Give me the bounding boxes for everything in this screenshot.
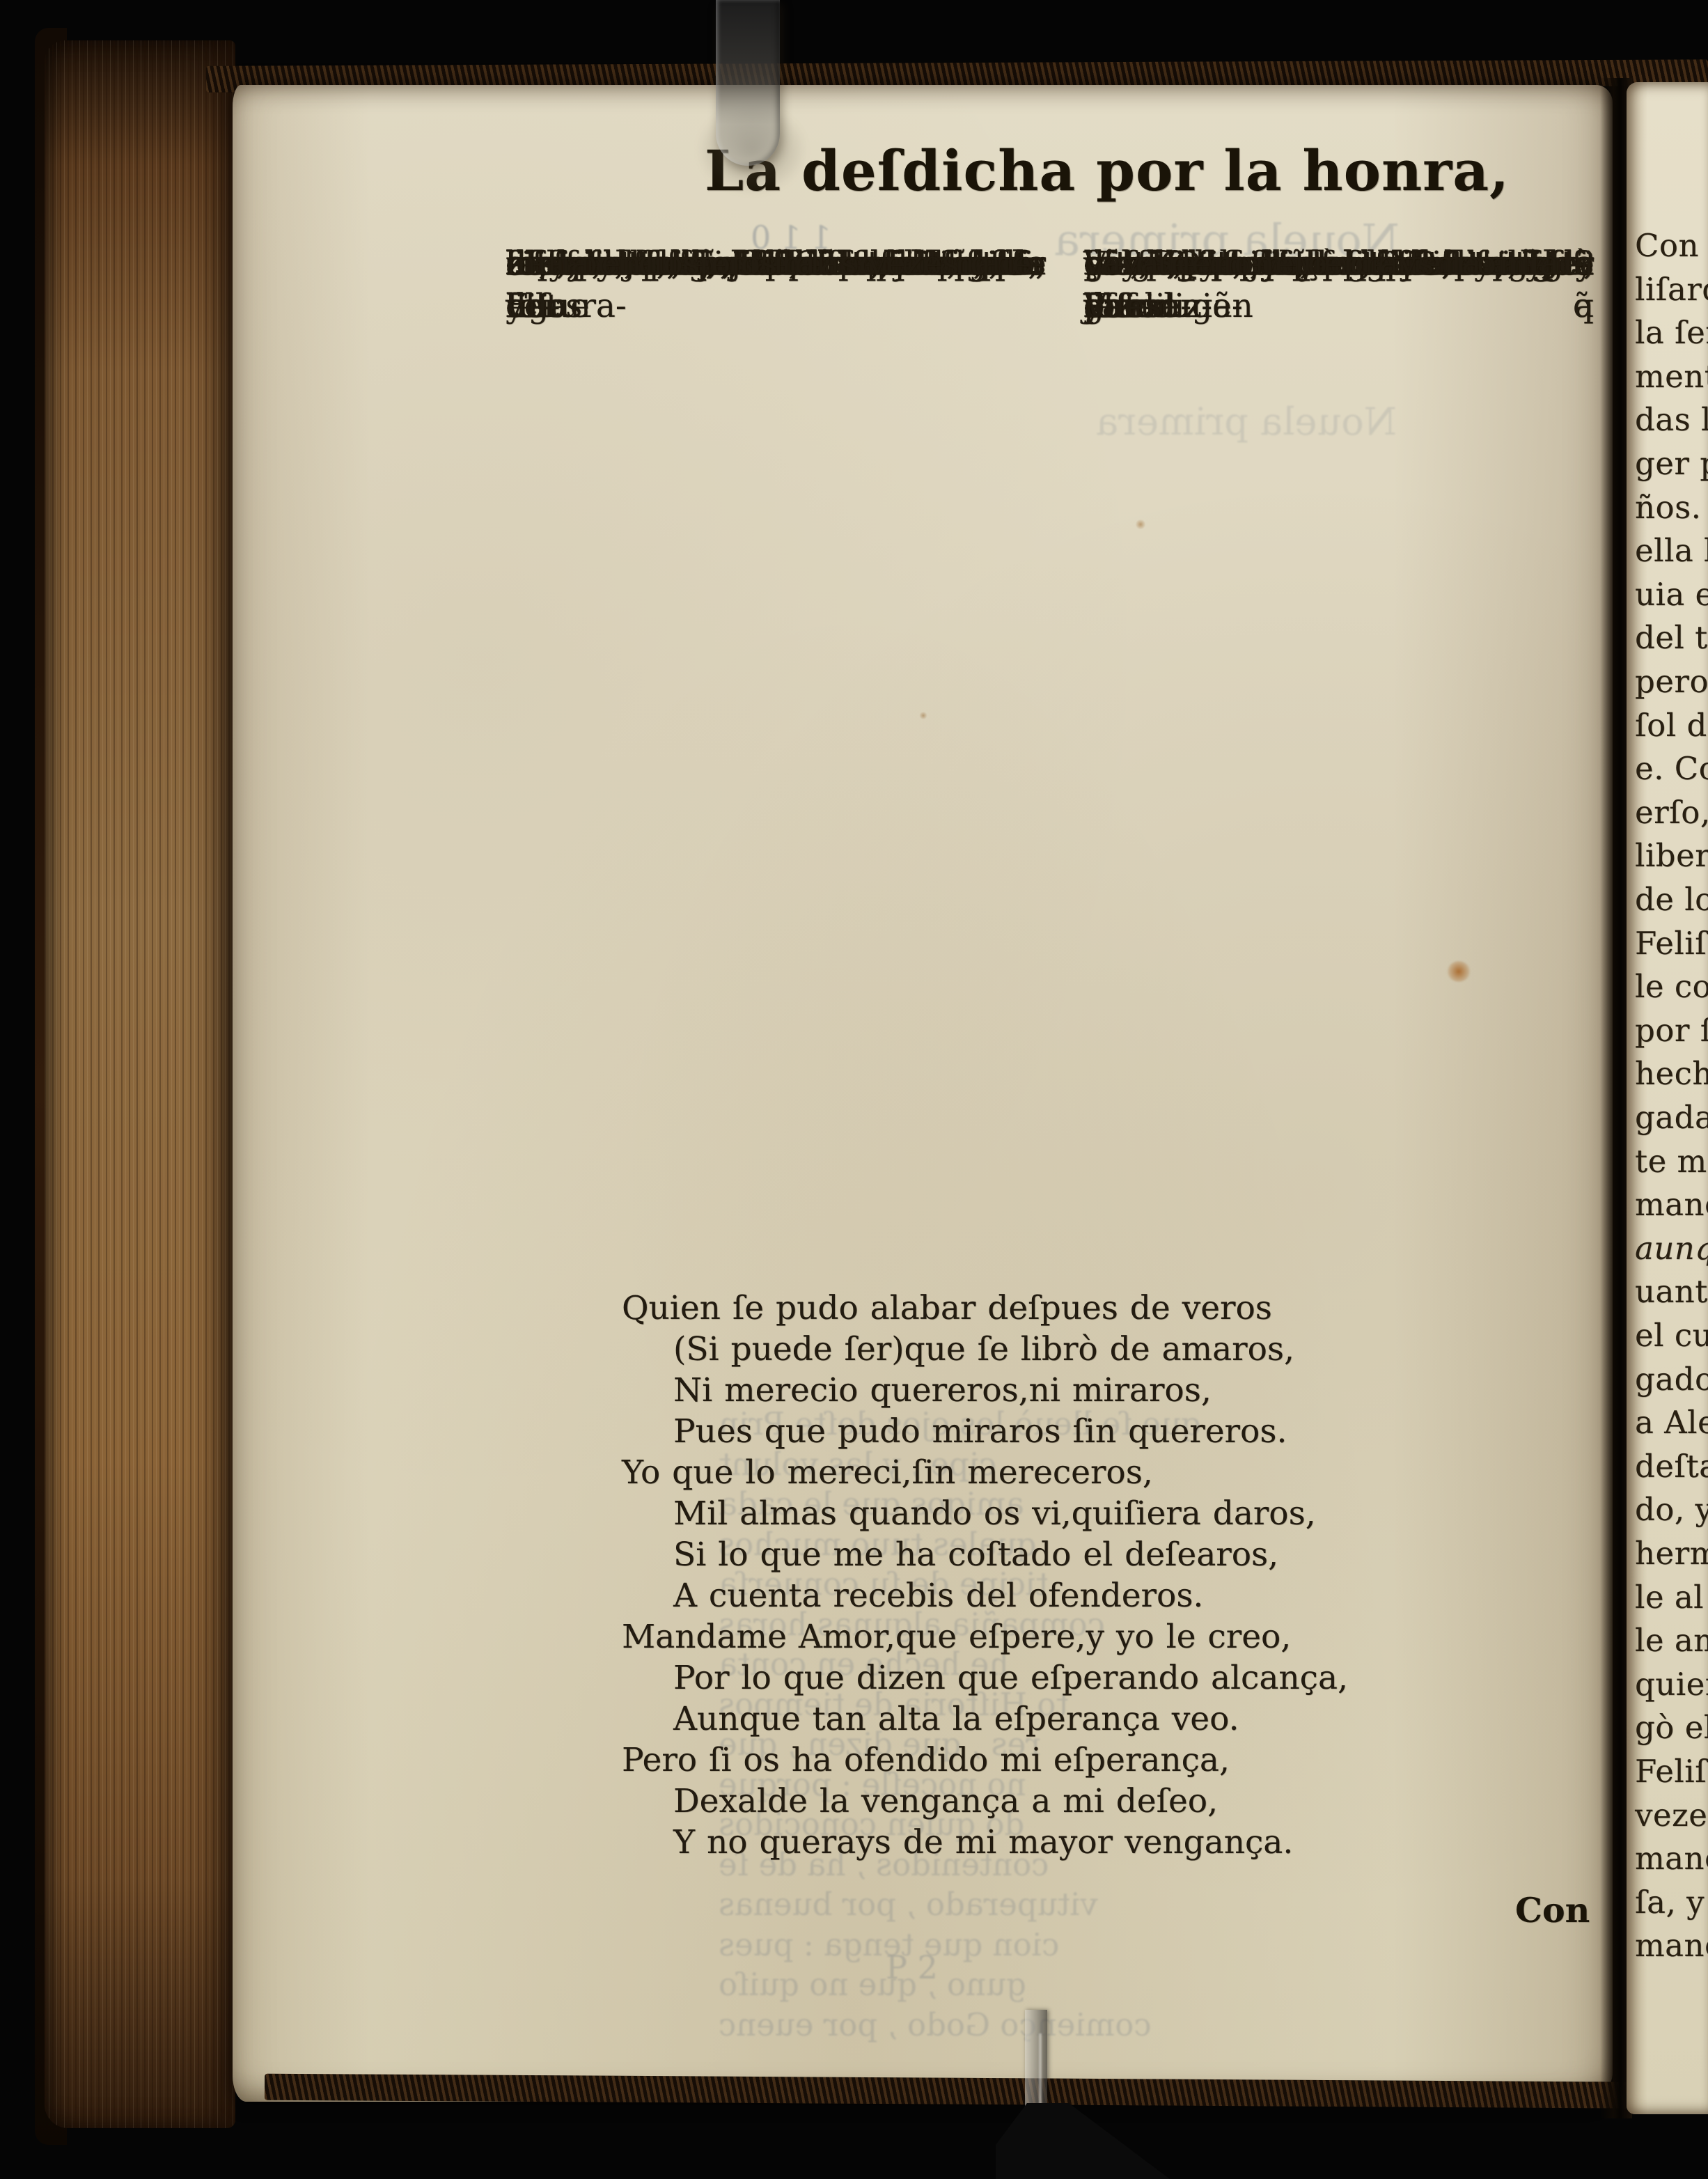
running-title: La deſdicha por la honra, xyxy=(705,138,1408,203)
next-page-text-fragment: le amaua , xyxy=(1635,1622,1708,1659)
next-page-text-fragment: le correſ xyxy=(1635,968,1708,1005)
sonnet-line: Pues que pudo miraros ſin quereros. xyxy=(673,1411,1443,1452)
paper-stain xyxy=(919,712,927,719)
ink-rust-stain xyxy=(1447,961,1471,982)
next-page-text-fragment: manece xyxy=(1635,1186,1708,1223)
next-page-text-fragment: hermoſur xyxy=(1635,1535,1708,1572)
sonnet-line: Mandame Amor,que eſpere,y yo le creo, xyxy=(622,1616,1443,1657)
sonnet-line: Quien ſe pudo alabar deſpues de veros xyxy=(622,1288,1443,1329)
next-page-text-fragment: e. Con e xyxy=(1635,750,1708,787)
next-page-text-fragment: liſardo de xyxy=(1635,271,1708,308)
next-page-text-fragment: das las pa xyxy=(1635,401,1708,438)
sonnet-line: (Si puede ſer)que ſe librò de amaros, xyxy=(673,1329,1443,1370)
next-page-text-fragment: ger perfet xyxy=(1635,445,1708,482)
show-through-line: guno , que no quiſo xyxy=(719,1966,1026,2003)
next-page-text-fragment: hecho ſin xyxy=(1635,1055,1708,1092)
next-page-text-fragment: uantaua xyxy=(1635,1273,1708,1310)
next-page-text-fragment: te mano xyxy=(1635,1143,1708,1180)
next-page-text-fragment: gado aqu xyxy=(1635,1361,1708,1398)
sonnet-line: Mil almas quando os vi,quiſiera daros, xyxy=(673,1493,1443,1534)
next-page-text-fragment: mente en xyxy=(1635,358,1708,395)
text-line: mitia en los ojos , las vezes que xyxy=(506,243,1031,285)
next-page-text-fragment: ſa, y le pa xyxy=(1635,1884,1708,1921)
next-page-text-fragment: erſo, lice xyxy=(1635,794,1708,831)
next-page-text-fragment: ſol deſde e xyxy=(1635,707,1708,744)
next-page-text-fragment: aunque xyxy=(1635,1230,1708,1267)
next-page-text-fragment: libertad xyxy=(1635,837,1708,874)
next-page-text-fragment: la ſeñora S xyxy=(1635,314,1708,351)
next-page-text-fragment: de lo que xyxy=(1635,881,1708,918)
paper-stain xyxy=(1135,520,1146,529)
next-page-text-fragment: del todo m xyxy=(1635,619,1708,656)
show-through-running-header-echo: Nouela primera xyxy=(1096,400,1397,444)
next-page-text-fragment: do, y nota xyxy=(1635,1491,1708,1528)
next-page-text-fragment: a Alexand xyxy=(1635,1404,1708,1441)
sonnet-line: Ni merecio quereros,ni miraros, xyxy=(673,1370,1443,1411)
book-fore-edge xyxy=(45,40,235,2128)
next-page-text-fragment: manera xyxy=(1635,1927,1708,1964)
next-page-text-fragment: el curſo xyxy=(1635,1317,1708,1354)
next-page-text-fragment: mano a v xyxy=(1635,1840,1708,1877)
catchword: Con xyxy=(1515,1890,1590,1930)
show-through-signature-mark: P 2 xyxy=(886,1948,938,1986)
sonnet-line: Si lo que me ha coſtado el deſearos, xyxy=(673,1534,1443,1575)
sonnet-line: Aunque tan alta la eſperança veo. xyxy=(673,1698,1443,1740)
sonnet-line: A cuenta recebis del ofenderos. xyxy=(673,1575,1443,1616)
sonnet-line: Yo que lo mereci,ſin mereceros, xyxy=(622,1452,1443,1493)
text-line: vaya de ſoneto. xyxy=(1083,243,1337,285)
sonnet-line: Pero ſi os ha ofendido mi eſperança, xyxy=(622,1740,1443,1781)
sonnet-line: Y no querays de mi mayor vengança. xyxy=(673,1822,1443,1863)
next-page-text-fragment: ella lo que xyxy=(1635,532,1708,569)
next-page-text-fragment: ños. Apete xyxy=(1635,489,1708,526)
next-page-text-fragment: gò el deſ xyxy=(1635,1709,1708,1746)
sonnet-line: Por lo que dizen que eſperando alcança, xyxy=(673,1657,1443,1698)
sonnet-line: Dexalde la vengança a mi deſeo, xyxy=(673,1781,1443,1822)
show-through-line: vituperado , por buenas xyxy=(719,1886,1098,1923)
next-page-text-fragment: gada los xyxy=(1635,1099,1708,1136)
next-page-text-fragment: le al refer xyxy=(1635,1579,1708,1616)
next-page-text-fragment: Feliſardo xyxy=(1635,925,1708,962)
next-page-text-fragment: por ſu cal xyxy=(1635,1012,1708,1049)
next-page-text-fragment: vezes qu xyxy=(1635,1797,1708,1834)
next-page-sliver: Con vliſardo dela ſeñora Smente endas la… xyxy=(1627,82,1708,2114)
next-page-text-fragment: uia era rub xyxy=(1635,576,1708,613)
next-page-text-fragment: Feliſardo xyxy=(1635,1753,1708,1790)
next-page-text-fragment: deſta ciud xyxy=(1635,1448,1708,1485)
show-through-line: comienço Godo , por euenc xyxy=(719,2006,1152,2043)
next-page-text-fragment: quien la n xyxy=(1635,1666,1708,1703)
next-page-text-fragment: pero de ſu xyxy=(1635,663,1708,700)
book-photograph: 110 Nouela primera Nouela primera que ſe… xyxy=(0,0,1708,2179)
sonnet-block: Quien ſe pudo alabar deſpues de veros(Si… xyxy=(622,1288,1443,1863)
next-page-text-fragment: Con v xyxy=(1635,227,1708,264)
book-clamp-top xyxy=(716,0,780,166)
book-clamp-bottom-foot xyxy=(996,2103,1170,2179)
